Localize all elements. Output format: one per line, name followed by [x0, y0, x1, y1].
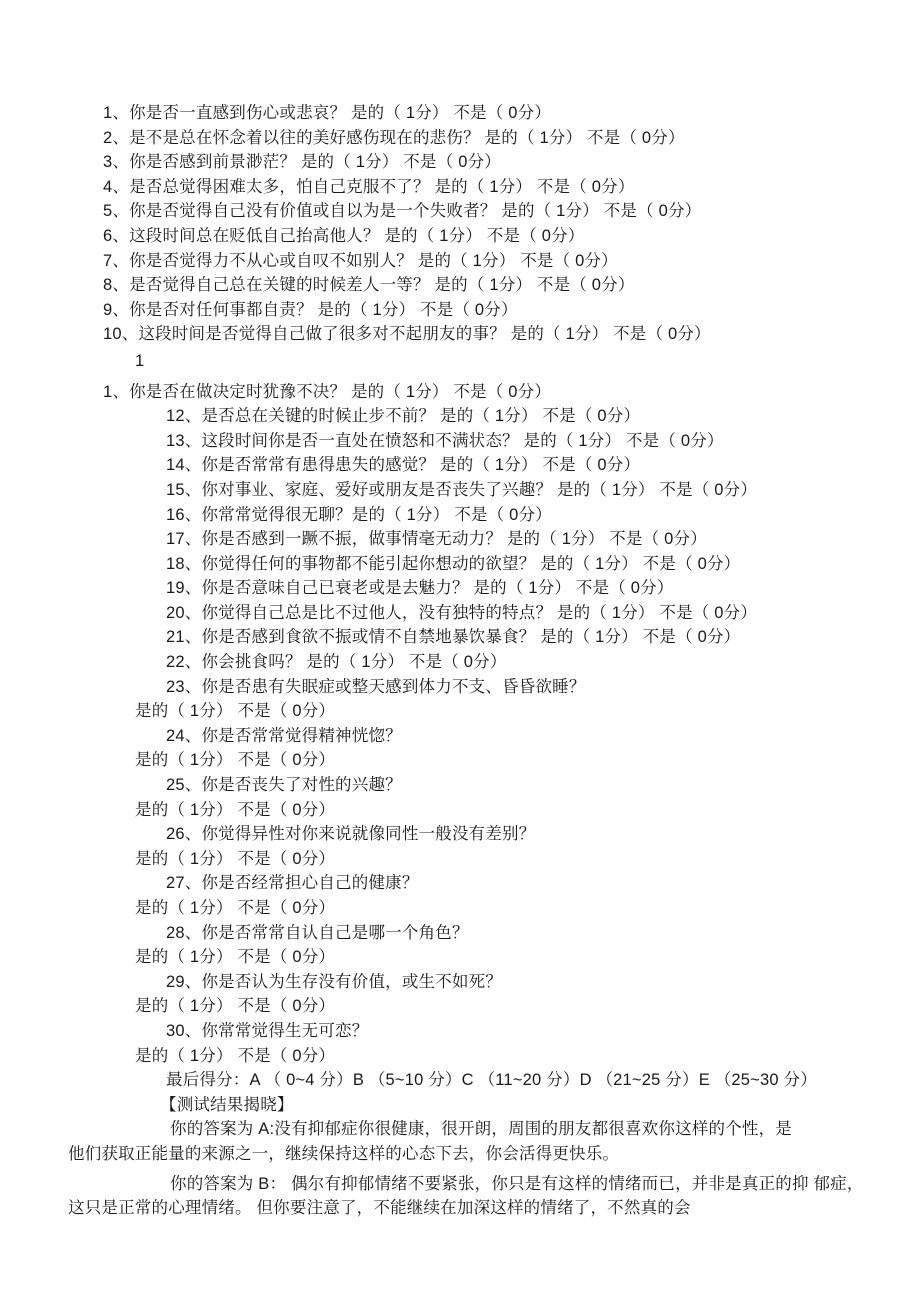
document-line: 4、是否总觉得困难太多，怕自己克服不了？ 是的（ 1分） 不是（ 0分） [103, 175, 920, 200]
document-line: 8、是否觉得自己总在关键的时候差人一等？ 是的（ 1分） 不是（ 0分） [103, 273, 920, 298]
document-line: 1、你是否在做决定时犹豫不决？ 是的（ 1分） 不是（ 0分） [103, 380, 920, 405]
document-line: 1 [135, 349, 920, 374]
document-line: 16、你常常觉得很无聊？是的（ 1分） 不是（ 0分） [166, 503, 920, 528]
document-line: 你的答案为 A:没有抑郁症你很健康，很开朗，周围的朋友都很喜欢你这样的个性，是 [170, 1117, 920, 1142]
document-line: 24、你是否常常觉得精神恍惚？ [166, 724, 920, 749]
document-line: 9、你是否对任何事都自责？ 是的（ 1分） 不是（ 0分） [103, 298, 920, 323]
document-line: 这只是正常的心理情绪。 但你要注意了，不能继续在加深这样的情绪了，不然真的会 [68, 1196, 920, 1221]
document-line: 6、这段时间总在贬低自己抬高他人？ 是的（ 1分） 不是（ 0分） [103, 224, 920, 249]
document-line: 26、你觉得异性对你来说就像同性一般没有差别？ [166, 822, 920, 847]
document-line: 是的（ 1分） 不是（ 0分） [135, 945, 920, 970]
document-line: 14、你是否常常有患得患失的感觉？ 是的（ 1分） 不是（ 0分） [166, 453, 920, 478]
document-line: 是的（ 1分） 不是（ 0分） [135, 798, 920, 823]
document-line: 19、你是否意味自己已衰老或是去魅力？ 是的（ 1分） 不是（ 0分） [166, 576, 920, 601]
document-line: 17、你是否感到一蹶不振，做事情毫无动力？ 是的（ 1分） 不是（ 0分） [166, 527, 920, 552]
document-line: 他们获取正能量的来源之一，继续保持这样的心态下去，你会活得更快乐。 [68, 1142, 920, 1167]
document-line: 28、你是否常常自认自己是哪一个角色？ [166, 921, 920, 946]
document-line: 你的答案为 B： 偶尔有抑郁情绪不要紧张，你只是有这样的情绪而已，并非是真正的抑… [170, 1172, 920, 1197]
document-line: 是的（ 1分） 不是（ 0分） [135, 699, 920, 724]
document-line: 15、你对事业、家庭、爱好或朋友是否丧失了兴趣？ 是的（ 1分） 不是（ 0分） [166, 478, 920, 503]
document-page: 1、你是否一直感到伤心或悲哀？ 是的（ 1分） 不是（ 0分）2、是不是总在怀念… [0, 0, 920, 1303]
document-line: 23、你是否患有失眠症或整天感到体力不支、昏昏欲睡？ [166, 675, 920, 700]
document-line: 7、你是否觉得力不从心或自叹不如别人？ 是的（ 1分） 不是（ 0分） [103, 249, 920, 274]
document-line: 是的（ 1分） 不是（ 0分） [135, 994, 920, 1019]
document-line: 3、你是否感到前景渺茫？ 是的（ 1分） 不是（ 0分） [103, 150, 920, 175]
document-line: 18、你觉得任何的事物都不能引起你想动的欲望？ 是的（ 1分） 不是（ 0分） [166, 552, 920, 577]
document-line: 12、是否总在关键的时候止步不前？ 是的（ 1分） 不是（ 0分） [166, 404, 920, 429]
document-body: 1、你是否一直感到伤心或悲哀？ 是的（ 1分） 不是（ 0分）2、是不是总在怀念… [0, 101, 920, 1221]
document-line: 是的（ 1分） 不是（ 0分） [135, 1044, 920, 1069]
document-line: 30、你常常觉得生无可恋？ [166, 1019, 920, 1044]
document-line: 最后得分：A （ 0~4 分）B （5~10 分）C （11~20 分）D （2… [166, 1068, 920, 1093]
document-line: 是的（ 1分） 不是（ 0分） [135, 847, 920, 872]
document-line: 29、你是否认为生存没有价值，或生不如死？ [166, 970, 920, 995]
document-line: 13、这段时间你是否一直处在愤怒和不满状态？ 是的（ 1分） 不是（ 0分） [166, 429, 920, 454]
document-line: 10、这段时间是否觉得自己做了很多对不起朋友的事？ 是的（ 1分） 不是（ 0分… [103, 322, 920, 347]
document-line: 21、你是否感到食欲不振或情不自禁地暴饮暴食？ 是的（ 1分） 不是（ 0分） [166, 625, 920, 650]
document-line: 是的（ 1分） 不是（ 0分） [135, 896, 920, 921]
document-line: 20、你觉得自己总是比不过他人，没有独特的特点？ 是的（ 1分） 不是（ 0分） [166, 601, 920, 626]
document-line: 【测试结果揭晓】 [160, 1093, 920, 1118]
document-line: 1、你是否一直感到伤心或悲哀？ 是的（ 1分） 不是（ 0分） [103, 101, 920, 126]
document-line: 22、你会挑食吗？ 是的（ 1分） 不是（ 0分） [166, 650, 920, 675]
document-line: 5、你是否觉得自己没有价值或自以为是一个失败者？ 是的（ 1分） 不是（ 0分） [103, 199, 920, 224]
document-line: 是的（ 1分） 不是（ 0分） [135, 748, 920, 773]
document-line: 25、你是否丧失了对性的兴趣？ [166, 773, 920, 798]
document-line: 27、你是否经常担心自己的健康？ [166, 871, 920, 896]
document-line: 2、是不是总在怀念着以往的美好感伤现在的悲伤？ 是的（ 1分） 不是（ 0分） [103, 126, 920, 151]
